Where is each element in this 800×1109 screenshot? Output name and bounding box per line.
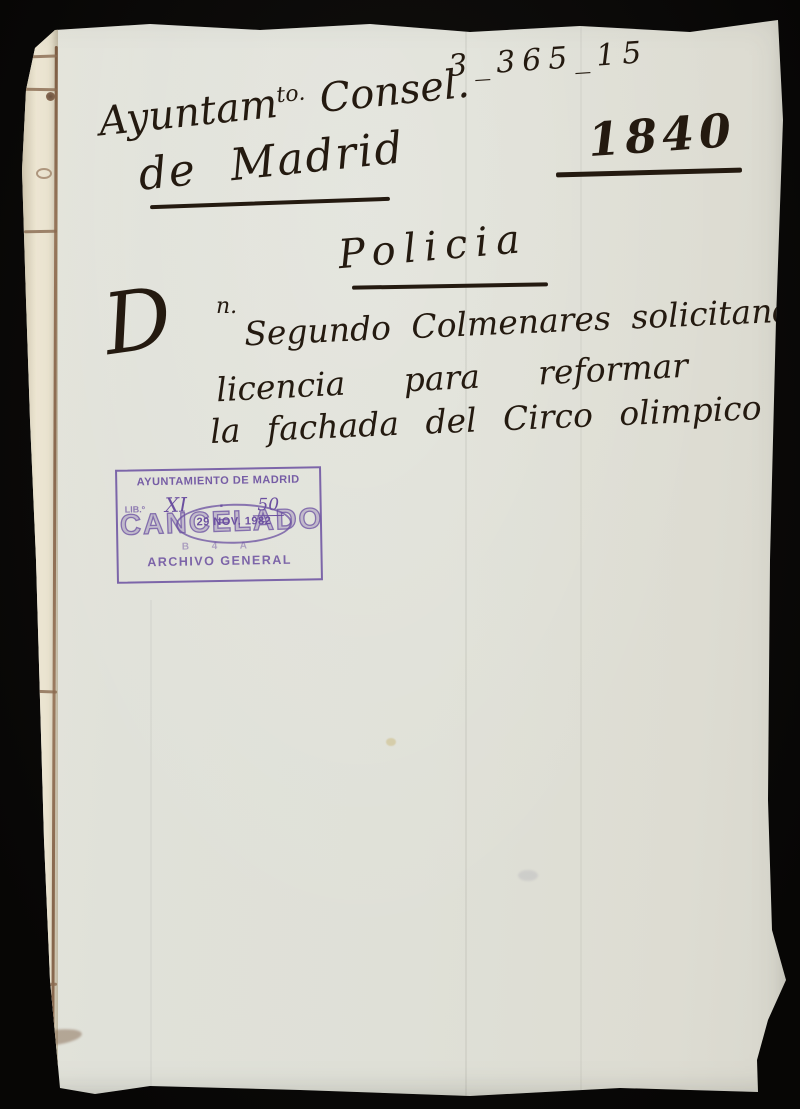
body-initial-sup: n. [216,294,237,319]
binding-stitch [24,88,57,92]
header-sup1: to. [275,80,306,108]
section-underline [352,282,548,289]
archive-stamp: AYUNTAMIENTO DE MADRID LIB.º XI · 50 29 … [115,466,323,584]
header-word1: Ayuntam [97,81,280,145]
header-line1: Ayuntamto.Consel. [97,61,472,146]
binding-stitch [24,983,57,987]
stamp-cancel-text: CANCELADO [119,501,360,542]
body-initial: D [98,268,178,374]
scanned-document-scene: 3_365_15 Ayuntamto.Consel. de Madrid 184… [0,0,800,1109]
year-underline [556,168,742,178]
stamp-title: AYUNTAMIENTO DE MADRID [117,473,319,489]
body-line1: Segundo Colmenares solicitando [243,290,800,354]
fold-line-1 [465,0,467,1109]
binding-loop [36,168,52,179]
section-title: Policia [336,216,529,278]
header-underline [150,197,390,209]
year-label: 1840 [586,103,737,167]
binding-stitch [24,230,57,234]
fold-line-3 [150,600,152,1109]
reference-number: 3_365_15 [447,35,649,84]
binding-stitch [24,689,57,693]
manuscript-page: 3_365_15 Ayuntamto.Consel. de Madrid 184… [0,0,800,1109]
stamp-faint-line: B 4 A [118,539,320,554]
binding-smudge [27,1026,83,1048]
header-word2: Consel. [317,61,471,122]
fold-line-2 [580,0,582,1109]
stain-yellow [386,738,396,746]
stamp-archive-line: ARCHIVO GENERAL [119,552,321,570]
binding-knot [46,92,55,101]
stain-gray [518,870,538,881]
